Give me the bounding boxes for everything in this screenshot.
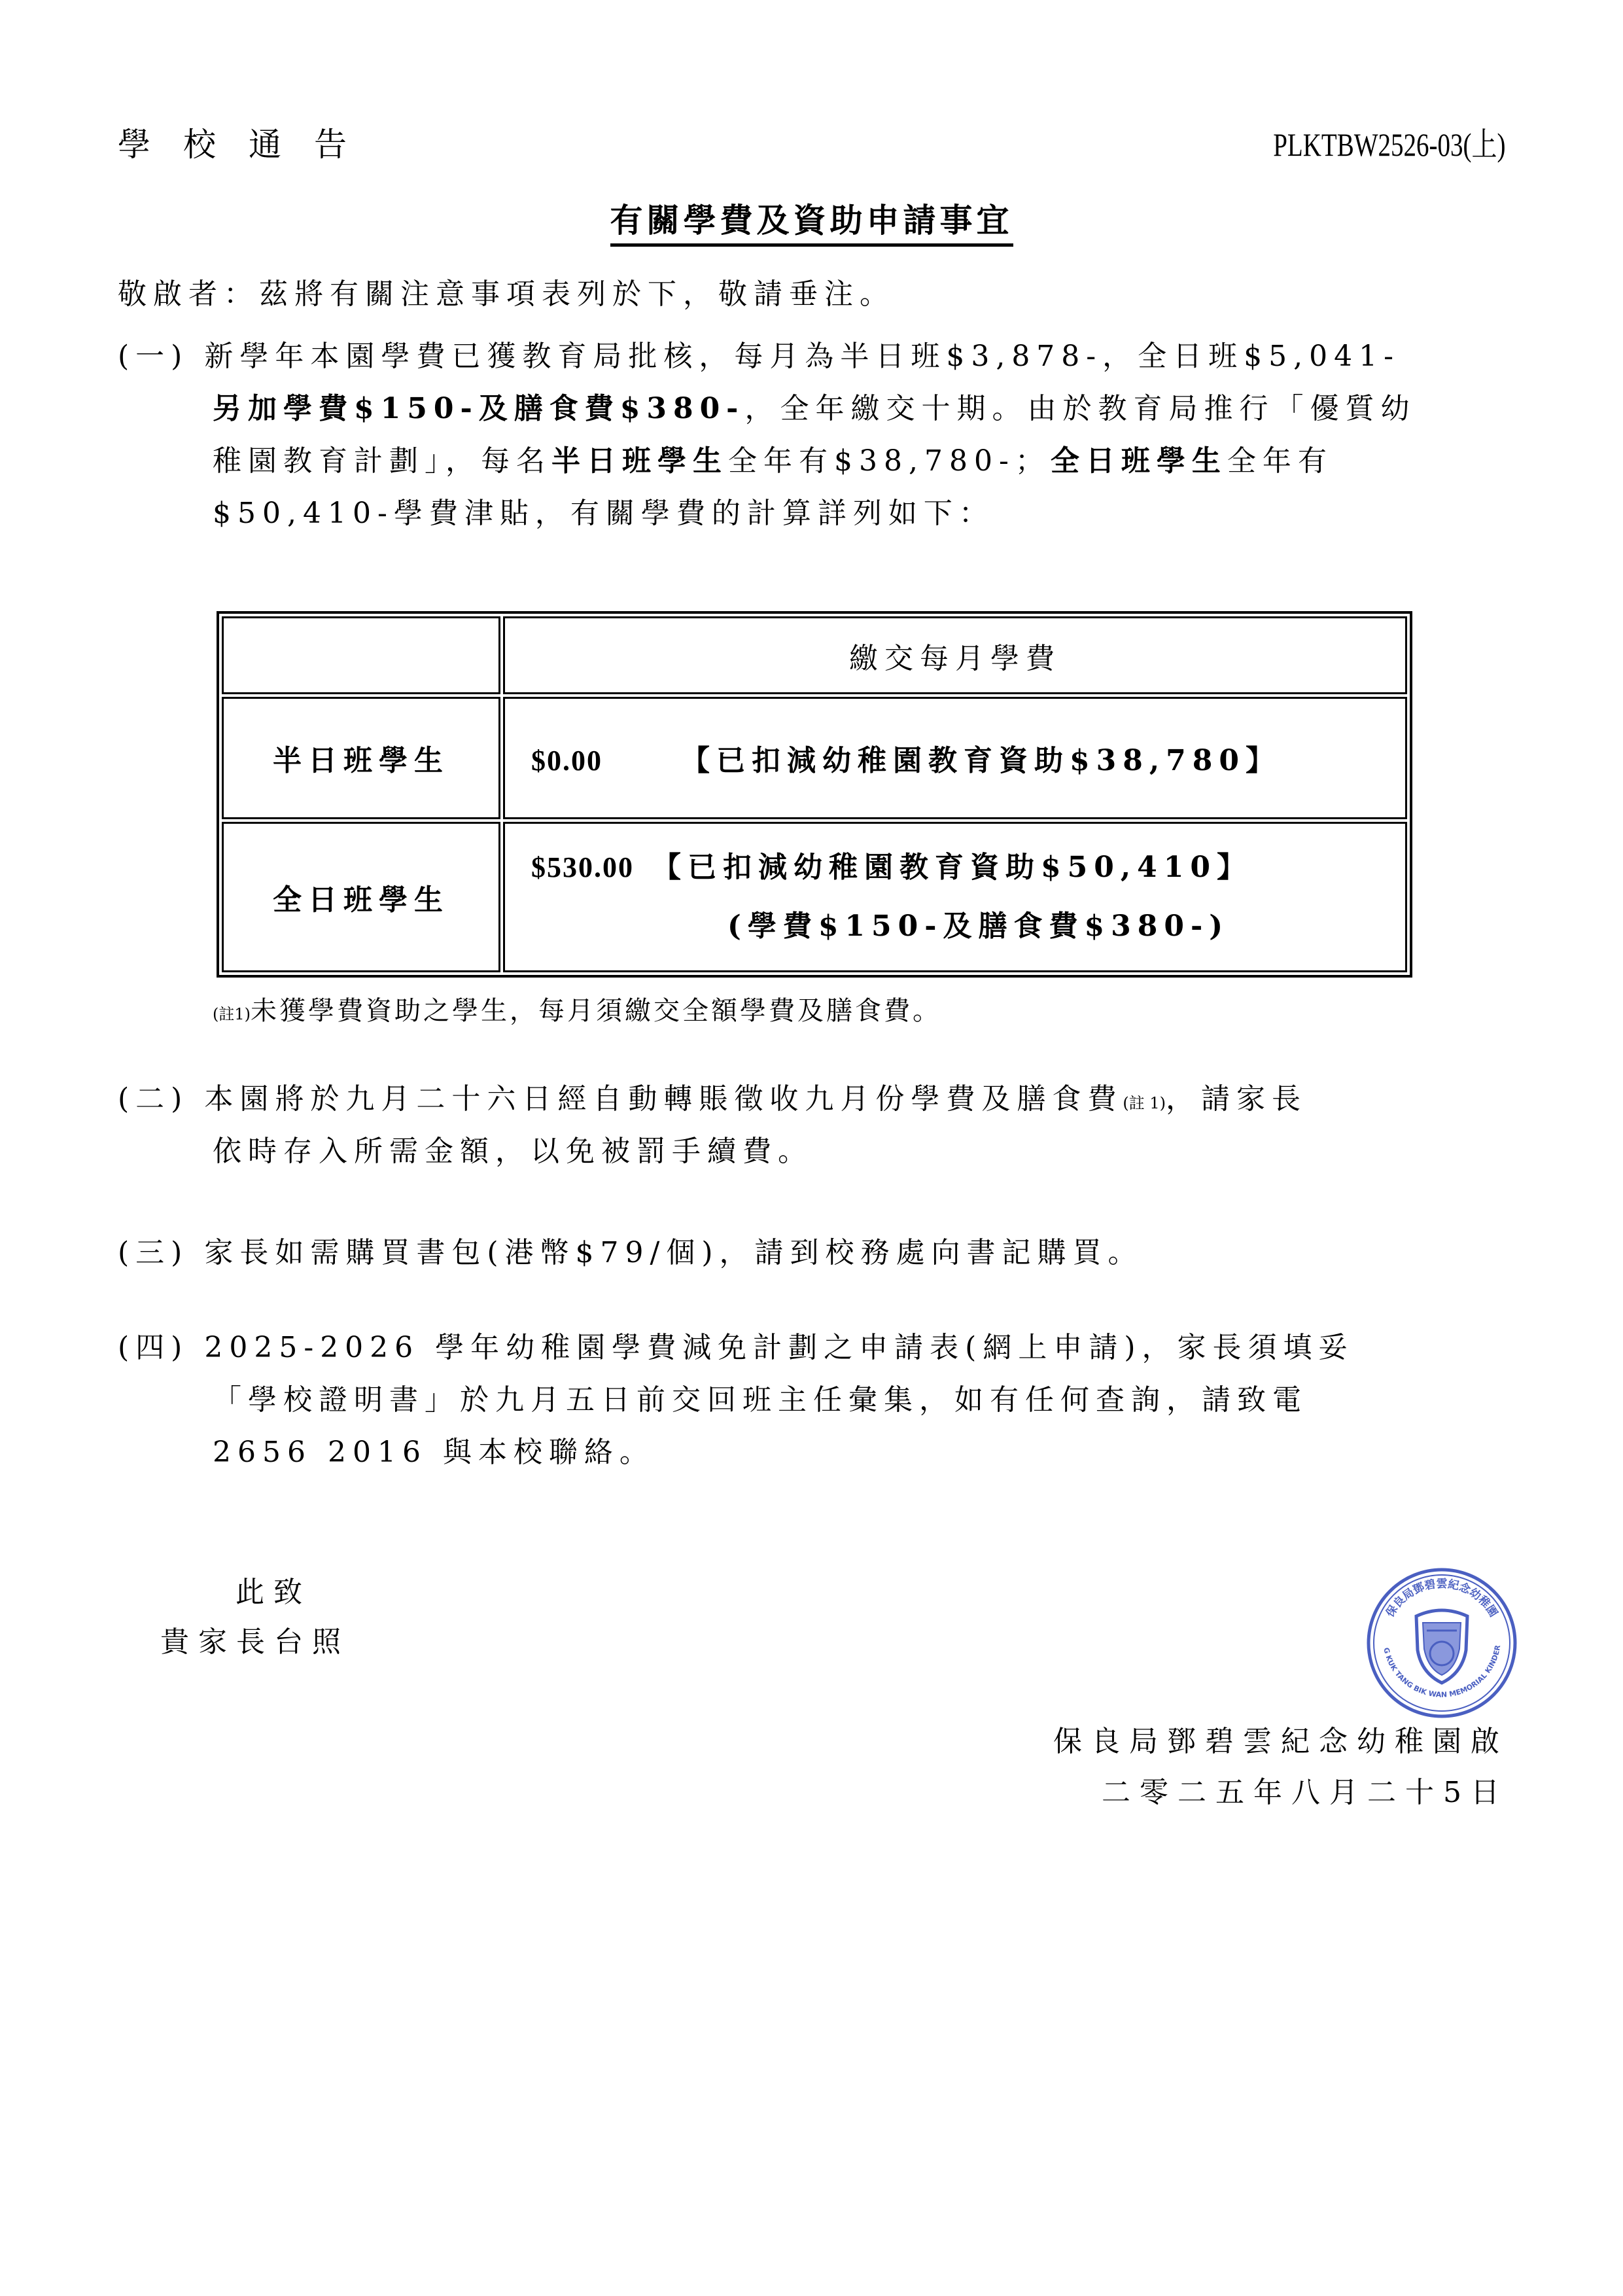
row-label-full-day: 全日班學生 bbox=[222, 822, 500, 972]
signature-date: 二零二五年八月二十5日 bbox=[1102, 1778, 1509, 1807]
item-3-line-1: (三) 家長如需購買書包(港幣$79/個)，請到校務處向書記購買。 bbox=[118, 1227, 1511, 1279]
row-value-full-day: $530.00【已扣減幼稚園教育資助$50,410】 (學費$150-及膳食費$… bbox=[503, 822, 1407, 972]
item-4: (四) 2025-2026 學年幼稚園學費減免計劃之申請表(網上申請)，家長須填… bbox=[118, 1322, 1511, 1479]
item-2: (二) 本園將於九月二十六日經自動轉賬徵收九月份學費及膳食費(註 1)，請家長 … bbox=[118, 1073, 1511, 1178]
item-2-line-1: (二) 本園將於九月二十六日經自動轉賬徵收九月份學費及膳食費(註 1)，請家長 bbox=[118, 1073, 1511, 1125]
table-row: 半日班學生 $0.00【已扣減幼稚園教育資助$38,780】 bbox=[222, 697, 1407, 819]
table-row: 全日班學生 $530.00【已扣減幼稚園教育資助$50,410】 (學費$150… bbox=[222, 822, 1407, 972]
closing-line-1: 此致 bbox=[236, 1578, 311, 1607]
fee-table: 繳交每月學費 半日班學生 $0.00【已扣減幼稚園教育資助$38,780】 全日… bbox=[217, 611, 1412, 978]
item-4-line-1: (四) 2025-2026 學年幼稚園學費減免計劃之申請表(網上申請)，家長須填… bbox=[118, 1322, 1511, 1374]
item-2-line-2: 依時存入所需金額，以免被罰手續費。 bbox=[118, 1125, 1511, 1178]
greeting: 敬啟者：茲將有關注意事項表列於下，敬請垂注。 bbox=[118, 268, 1511, 321]
table-header-empty bbox=[222, 616, 500, 694]
school-seal-stamp: 保良局鄧碧雲紀念幼稚園 PO LEUNG KUK TANG BIK WAN ME… bbox=[1364, 1565, 1520, 1721]
row-label-half-day: 半日班學生 bbox=[222, 697, 500, 819]
row-value-half-day: $0.00【已扣減幼稚園教育資助$38,780】 bbox=[503, 697, 1407, 819]
item-1-line-3: 稚園教育計劃」，每名半日班學生全年有$38,780-；全日班學生全年有 bbox=[118, 435, 1511, 487]
seal-emblem-icon: 保良局鄧碧雲紀念幼稚園 PO LEUNG KUK TANG BIK WAN ME… bbox=[1364, 1565, 1520, 1721]
item-1-line-2: 另加學費$150-及膳食費$380-，全年繳交十期。由於教育局推行「優質幼 bbox=[118, 383, 1511, 435]
table-header-monthly-fee: 繳交每月學費 bbox=[503, 616, 1407, 694]
notice-label: 學校通告 bbox=[118, 128, 379, 161]
item-4-line-3: 2656 2016 與本校聯絡。 bbox=[118, 1426, 1511, 1479]
footnote: (註1)未獲學費資助之學生，每月須繳交全額學費及膳食費。 bbox=[213, 998, 941, 1024]
page-title: 有關學費及資助申請事宜 bbox=[0, 204, 1623, 237]
item-1-line-4: $50,410-學費津貼，有關學費的計算詳列如下： bbox=[118, 487, 1511, 540]
closing-line-2: 貴家長台照 bbox=[160, 1628, 350, 1657]
item-3: (三) 家長如需購買書包(港幣$79/個)，請到校務處向書記購買。 bbox=[118, 1227, 1511, 1279]
item-1: (一) 新學年本園學費已獲教育局批核，每月為半日班$3,878-，全日班$5,0… bbox=[118, 330, 1511, 540]
signature-organization: 保良局鄧碧雲紀念幼稚園啟 bbox=[1053, 1727, 1509, 1756]
reference-number: PLKTBW2526-03(上) bbox=[1273, 128, 1505, 161]
item-4-line-2: 「學校證明書」於九月五日前交回班主任彙集，如有任何查詢，請致電 bbox=[118, 1374, 1511, 1426]
table-header-row: 繳交每月學費 bbox=[222, 616, 1407, 694]
item-1-line-1: (一) 新學年本園學費已獲教育局批核，每月為半日班$3,878-，全日班$5,0… bbox=[118, 330, 1511, 383]
